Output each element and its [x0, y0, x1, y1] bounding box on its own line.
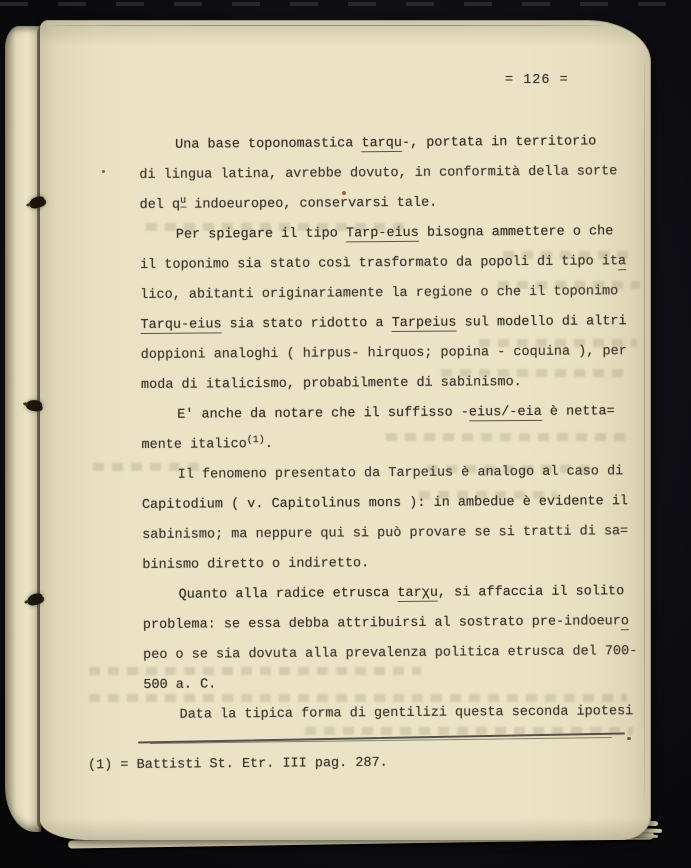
text-line: doppioni analoghi ( hirpus- hirquos; pop… — [141, 337, 641, 371]
text-line: 500 a. C. — [143, 667, 643, 701]
footnote: (1) = Battisti St. Etr. III pag. 287. — [88, 756, 388, 774]
text-line: Il fenomeno presentato da Tarpeius è ana… — [142, 457, 642, 491]
text-line: Una base toponomastica tarqu-, portata i… — [139, 127, 639, 161]
text-line: moda di italicismo, probabilmente di sab… — [141, 367, 641, 401]
paper-speck — [627, 737, 631, 740]
text-line: sabinismo; ma neppure qui si può provare… — [142, 517, 642, 551]
text-line: peo o se sia dovuta alla prevalenza poli… — [143, 637, 643, 671]
text-line: il toponimo sia stato così trasformato d… — [140, 247, 640, 281]
paper-speck — [102, 170, 105, 173]
page-number: = 126 = — [505, 73, 569, 88]
text-line: del qu indoeuropeo, conservarsi tale. — [139, 187, 639, 221]
text-line: di lingua latina, avrebbe dovuto, in con… — [139, 157, 639, 191]
prev-page-edge — [5, 26, 41, 832]
text-line: mente italico(1). — [141, 427, 641, 461]
typewritten-text: Una base toponomastica tarqu-, portata i… — [139, 127, 644, 731]
page-right-edge — [644, 60, 645, 800]
book-photo: = 126 = Una base toponomastica tarqu-, p… — [0, 0, 691, 868]
text-line: Quanto alla radice etrusca tarχu, si aff… — [143, 577, 643, 611]
text-line: lico, abitanti originariamente la region… — [140, 277, 640, 311]
film-edge-dashes — [0, 2, 691, 6]
text-line: Per spiegare il tipo Tarp-eius bisogna a… — [140, 217, 640, 251]
text-line: Tarqu-eius sia stato ridotto a Tarpeius … — [140, 307, 640, 341]
text-line: binismo diretto o indiretto. — [142, 547, 642, 581]
text-line: Capitodium ( v. Capitolinus mons ): in a… — [142, 487, 642, 521]
text-line: E' anche da notare che il suffisso -eius… — [141, 397, 641, 431]
text-line: Data la tipica forma di gentilizi questa… — [143, 697, 643, 731]
page-top-edge — [50, 25, 605, 26]
text-line: problema: se essa debba attribuirsi al s… — [143, 607, 643, 641]
